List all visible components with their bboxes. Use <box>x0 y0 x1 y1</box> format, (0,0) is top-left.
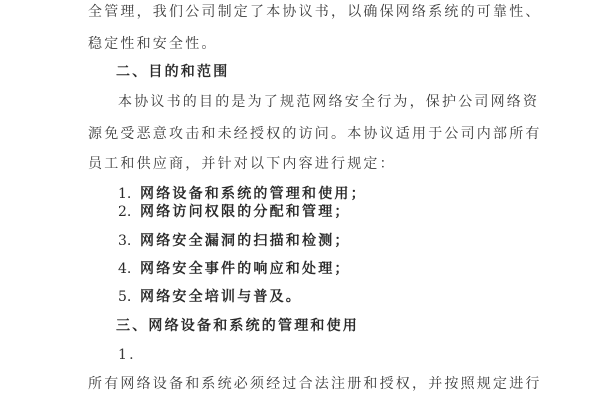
intro-line-2: 稳定性和安全性。 <box>88 34 218 54</box>
document-page: 全管理，我们公司制定了本协议书，以确保网络系统的可靠性、 稳定性和安全性。 二、… <box>0 0 600 400</box>
list-item-text: 网络安全事件的响应和处理； <box>140 261 351 277</box>
list-item-number: 5. <box>118 287 140 307</box>
list-item-text: 网络安全漏洞的扫描和检测； <box>140 233 351 249</box>
section-2-paragraph-line-1: 本协议书的目的是为了规范网络安全行为，保护公司网络资 <box>118 92 539 112</box>
section-3-sub-number: 1. <box>118 345 136 365</box>
list-item: 5.网络安全培训与普及。 <box>118 287 302 307</box>
list-item-number: 1. <box>118 184 140 204</box>
section-3-paragraph-line-1: 所有网络设备和系统必须经过合法注册和授权，并按照规定进行 <box>88 374 542 394</box>
list-item: 2.网络访问权限的分配和管理； <box>118 202 351 222</box>
section-3-heading: 三、网络设备和系统的管理和使用 <box>116 316 359 336</box>
section-2-heading: 二、目的和范围 <box>116 62 229 82</box>
list-item-number: 2. <box>118 202 140 222</box>
list-item: 1.网络设备和系统的管理和使用； <box>118 184 367 204</box>
list-item-text: 网络安全培训与普及。 <box>140 289 302 305</box>
list-item-number: 4. <box>118 259 140 279</box>
list-item-text: 网络设备和系统的管理和使用； <box>140 186 367 202</box>
list-item: 4.网络安全事件的响应和处理； <box>118 259 351 279</box>
list-item-number: 3. <box>118 231 140 251</box>
section-2-paragraph-line-2: 源免受恶意攻击和未经授权的访问。本协议适用于公司内部所有 <box>88 124 542 144</box>
intro-line-1: 全管理，我们公司制定了本协议书，以确保网络系统的可靠性、 <box>88 2 542 22</box>
list-item: 3.网络安全漏洞的扫描和检测； <box>118 231 351 251</box>
list-item-text: 网络访问权限的分配和管理； <box>140 204 351 220</box>
section-2-paragraph-line-3: 员工和供应商，并针对以下内容进行规定： <box>88 154 396 174</box>
